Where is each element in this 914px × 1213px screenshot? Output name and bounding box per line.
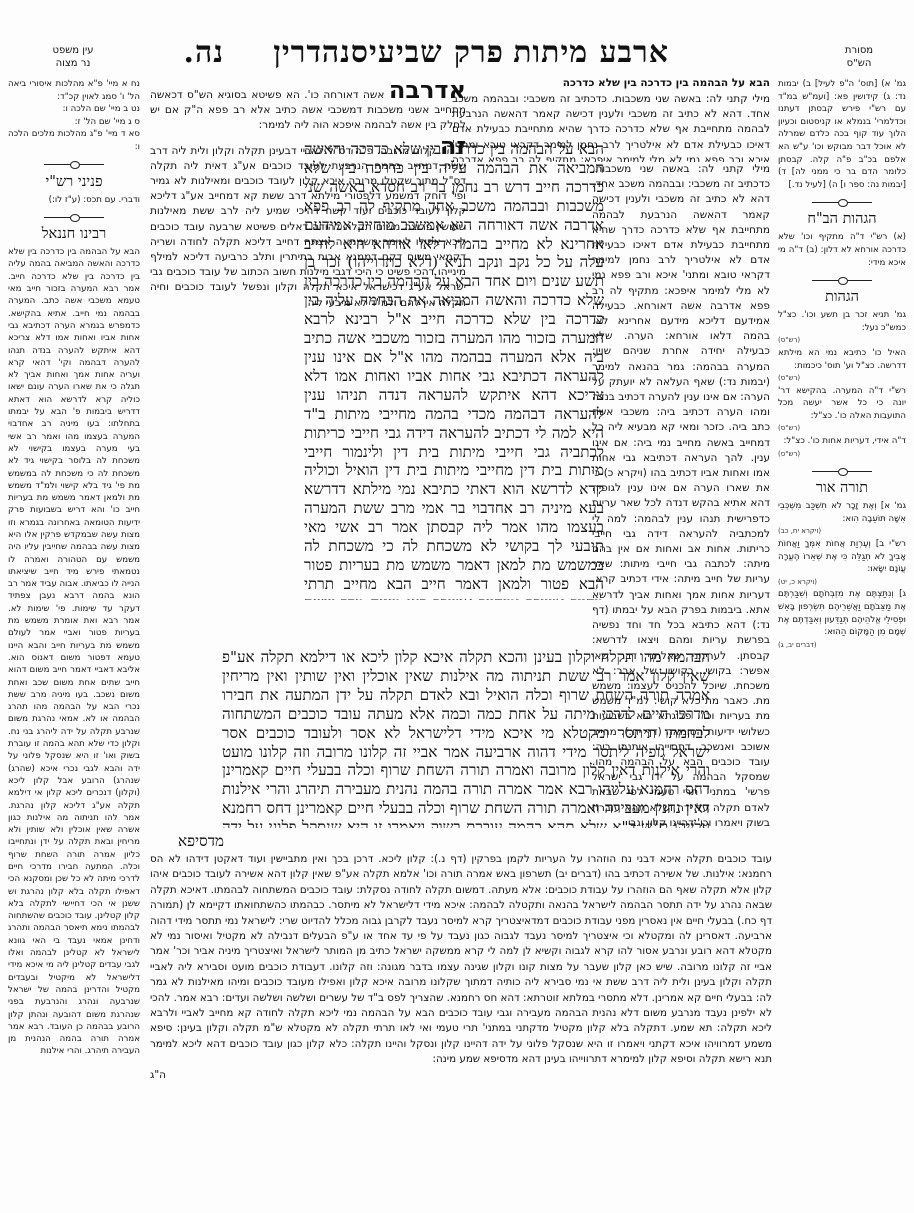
- hagahot-item-source: (רש"ס): [778, 334, 906, 347]
- torah-or-item: גמ' א] וְאֶת זָכָר לֹא תִשְׁכַּב מִשְׁכְ…: [778, 500, 906, 538]
- verse-source: (ויקרא יח, כב): [778, 525, 906, 538]
- label-line: מסורת: [824, 44, 894, 57]
- folio-number: נה.: [184, 38, 224, 68]
- penini-rashi-text: ודברי. עם תכס: (ע"ז לו:): [8, 194, 140, 207]
- ornament-divider: [8, 160, 140, 170]
- rabbenu-chananel-title: רבינו חננאל: [8, 226, 140, 243]
- hagahot-item: רש"י ד"ה המערה. בהקישא דר' יונה כי כל אש…: [778, 385, 906, 435]
- masoret-hashas-text: גמ' א) [תוס' ה"פ לעיל] ב) יבמות נד: ג) ק…: [778, 78, 906, 191]
- rashi-top: הבא על הבהמה בין כדרכה בין שלא כדרכה: [452, 76, 770, 91]
- hagahot-title: הגהות: [778, 289, 906, 306]
- verse-text: גמ' א] וְאֶת זָכָר לֹא תִשְׁכַּב מִשְׁכְ…: [778, 501, 906, 524]
- hagahot-item: האיל כו' כתיבא נמי הא מילתא דדרשה. כצ"ל …: [778, 347, 906, 385]
- masoret-hashas-label: מסורת הש"ס: [824, 44, 894, 70]
- rashi-dibbur: הבא על הבהמה בין כדרכה בין שלא כדרכה: [563, 77, 770, 89]
- hagahot-item-source: (רש"ס): [778, 422, 906, 435]
- hagahot-item-source: (רש"ס): [778, 372, 906, 385]
- torah-or-item: ג] וְנִתַּצְתֶּם אֶת מִזְבְּחֹתָם וְשִׁב…: [778, 588, 906, 651]
- ornament-divider: [778, 197, 906, 207]
- ein-mishpat-list: נח א מיי' פ"א מהלכות איסורי ביאה הל' ו' …: [8, 78, 140, 154]
- torah-or-list: גמ' א] וְאֶת זָכָר לֹא תִשְׁכַּב מִשְׁכְ…: [778, 500, 906, 651]
- tractate-name: סנהדרין: [273, 38, 369, 68]
- hagahot-item-text: ד"ה אידי, דעריות אחות כו'. כצ"ל:: [784, 436, 906, 446]
- ein-mishpat-item: סא ד מיי' פ"ג מהלכות מלכים הלכה ו:: [8, 128, 140, 153]
- hagahot-item-text: האיל כו' כתיבא נמי הא מילתא דדרשה. כצ"ל …: [778, 348, 906, 371]
- hagahot-item-text: רש"י ד"ה המערה. בהקישא דר' יונה כי כל אש…: [778, 386, 906, 421]
- right-margin: גמ' א) [תוס' ה"פ לעיל] ב) יבמות נד: ג) ק…: [778, 78, 906, 651]
- hagahot-habach-title: הגהות הב"ח: [778, 211, 906, 228]
- verse-text: ג] וְנִתַּצְתֶּם אֶת מִזְבְּחֹתָם וְשִׁב…: [778, 589, 906, 637]
- verse-source: (דברים יב, ג): [778, 639, 906, 652]
- label-line: עין משפט: [38, 44, 108, 57]
- penini-rashi-title: פניני רש"י: [8, 174, 140, 191]
- rashi-header-line: הבא על הבהמה בין כדרכה בין שלא כדרכה: [452, 76, 770, 91]
- verse-source: (ויקרא כ, יט): [778, 576, 906, 589]
- gemara-text: הבא על הבהמה בין כדרכה בין שלא כדרכה והא…: [304, 140, 604, 600]
- tosafot-opening: אדרבה אשה דאורחה כו'. הא פשיטא בסוגיא הש…: [150, 78, 466, 134]
- tosafot-dibbur: אדרבה: [389, 76, 466, 104]
- hagahot-list: גמ' תניא זכר בן תשע וכו'. כצ"ל כמש"כ נעל…: [778, 309, 906, 460]
- hagahot-item: גמ' תניא זכר בן תשע וכו'. כצ"ל כמש"כ נעל…: [778, 309, 906, 347]
- gemara-catchword: מדסיפא: [178, 832, 224, 851]
- next-page-marker: ה"ג: [150, 1068, 772, 1083]
- ein-mishpat-label: עין משפט נר מצוה: [38, 44, 108, 70]
- left-margin: נח א מיי' פ"א מהלכות איסורי ביאה הל' ו' …: [8, 78, 140, 1058]
- hagahot-item-source: (רש"ס): [778, 448, 906, 461]
- label-line: נר מצוה: [38, 57, 108, 70]
- ein-mishpat-item: נט ב מיי' שם הלכה ו:: [8, 103, 140, 116]
- ein-mishpat-item: ס ג מיי' שם הל' ז:: [8, 116, 140, 129]
- rashi-bottom-text: עובד כוכבים תקלה איכא דבני נח הוזהרו על …: [150, 852, 772, 1068]
- ornament-divider: [8, 212, 140, 222]
- hagahot-item: ד"ה אידי, דעריות אחות כו'. כצ"ל:(רש"ס): [778, 435, 906, 460]
- rabbenu-chananel-text: הבא על הבהמה בין כדרכה בין שלא כדרכה והא…: [8, 246, 140, 1058]
- gemara-text-continued: הבהמה מהו תקלה וקלון בעינן והכא תקלה איכ…: [222, 648, 710, 828]
- torah-or-item: רש"י ב] וְעֶרְוַת אֲחוֹת אִמְּךָ וַאֲחוֹ…: [778, 538, 906, 588]
- hagahot-item-text: גמ' תניא זכר בן תשע וכו'. כצ"ל כמש"כ נעל…: [778, 310, 906, 333]
- verse-text: רש"י ב] וְעֶרְוַת אֲחוֹת אִמְּךָ וַאֲחוֹ…: [778, 539, 906, 574]
- ornament-divider: [778, 466, 906, 476]
- ornament-divider: [778, 275, 906, 285]
- label-line: הש"ס: [824, 57, 894, 70]
- rashi-bottom: עובד כוכבים תקלה איכא דבני נח הוזהרו על …: [150, 852, 772, 1083]
- chapter-number: פרק שביעי: [369, 38, 504, 68]
- gemara-wide: הבהמה מהו תקלה וקלון בעינן והכא תקלה איכ…: [222, 648, 710, 828]
- gemara-column: הבא על הבהמה בין כדרכה בין שלא כדרכה והא…: [304, 140, 604, 600]
- torah-or-title: תורה אור: [778, 480, 906, 497]
- chapter-title: ארבע מיתות: [513, 38, 669, 68]
- hagahot-habach-text: (א) רש"י ד"ה מתקיף וכו' שלא כדרכה אורחא …: [778, 231, 906, 269]
- ein-mishpat-item: נח א מיי' פ"א מהלכות איסורי ביאה הל' ו' …: [8, 78, 140, 103]
